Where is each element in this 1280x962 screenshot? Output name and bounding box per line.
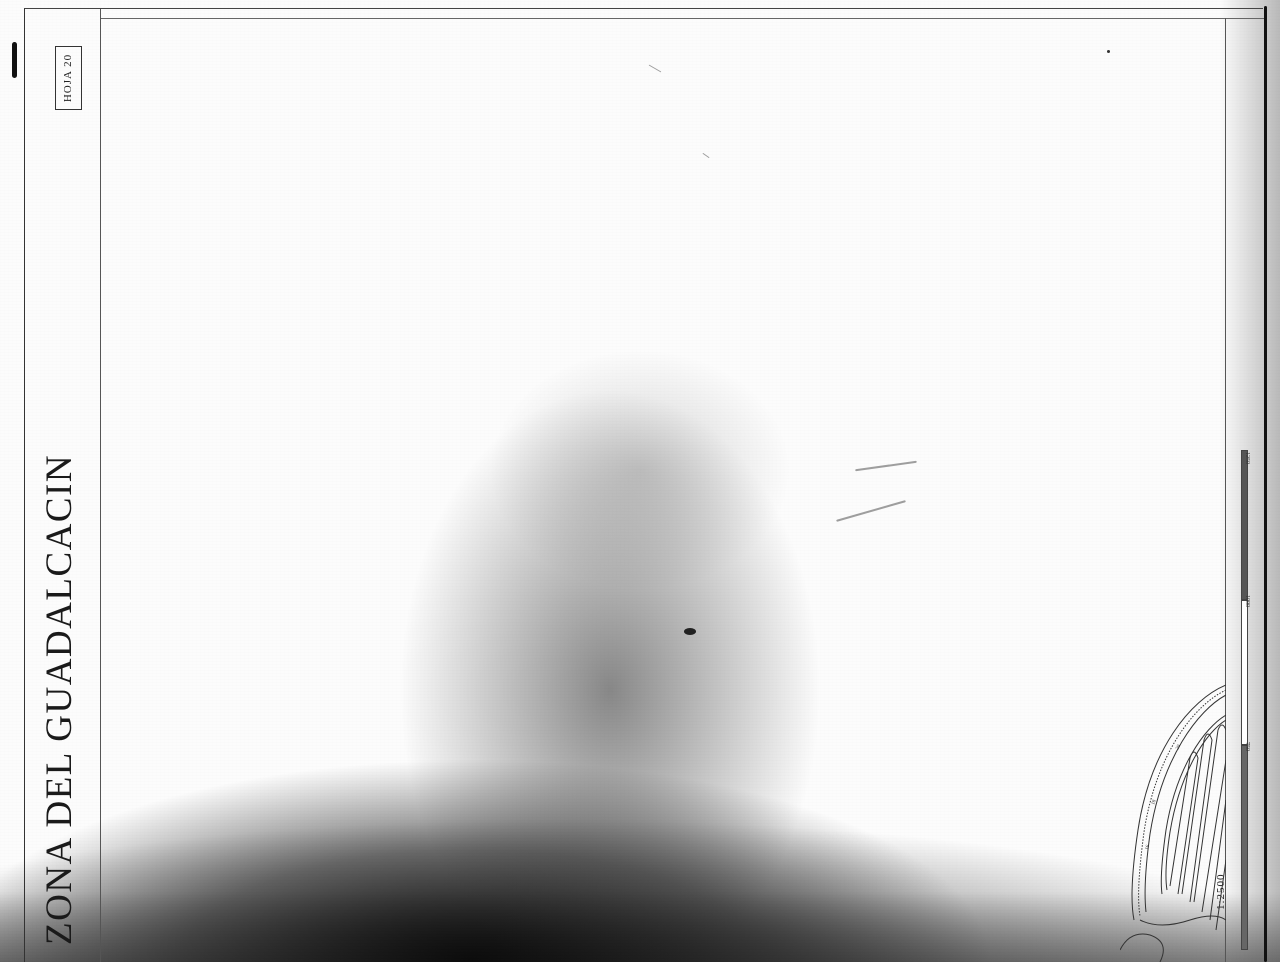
scale-label-1000: 1000 — [1244, 595, 1250, 607]
scale-label-750: 750 — [1244, 742, 1250, 751]
outer-frame — [24, 8, 1263, 962]
scale-segment-light — [1241, 600, 1248, 745]
top-border-line — [100, 18, 1265, 19]
contour-label: 20 — [1175, 744, 1182, 751]
contour-label: 16 — [1145, 844, 1151, 851]
scan-speck — [684, 628, 696, 635]
scale-segment-dark — [1241, 745, 1248, 950]
scale-bar: 1250 1000 750 — [1241, 450, 1248, 950]
left-margin-line — [100, 9, 101, 962]
map-sheet: HOJA 20 ZONA DEL GUADALCACIN 1250 1000 7… — [0, 0, 1280, 962]
scale-segment-dark — [1241, 450, 1248, 600]
contour-label: 18 — [1151, 799, 1158, 806]
scale-label-1250: 1250 — [1244, 452, 1250, 464]
sheet-number-box: HOJA 20 — [55, 46, 82, 110]
contour-lines: 20 18 16 — [1120, 680, 1226, 962]
sheet-number: HOJA 20 — [63, 54, 75, 102]
map-title: ZONA DEL GUADALCACIN — [38, 454, 81, 945]
paper-tear-mark — [12, 42, 17, 78]
scan-speck — [1107, 50, 1110, 53]
right-edge-line — [1264, 6, 1267, 962]
